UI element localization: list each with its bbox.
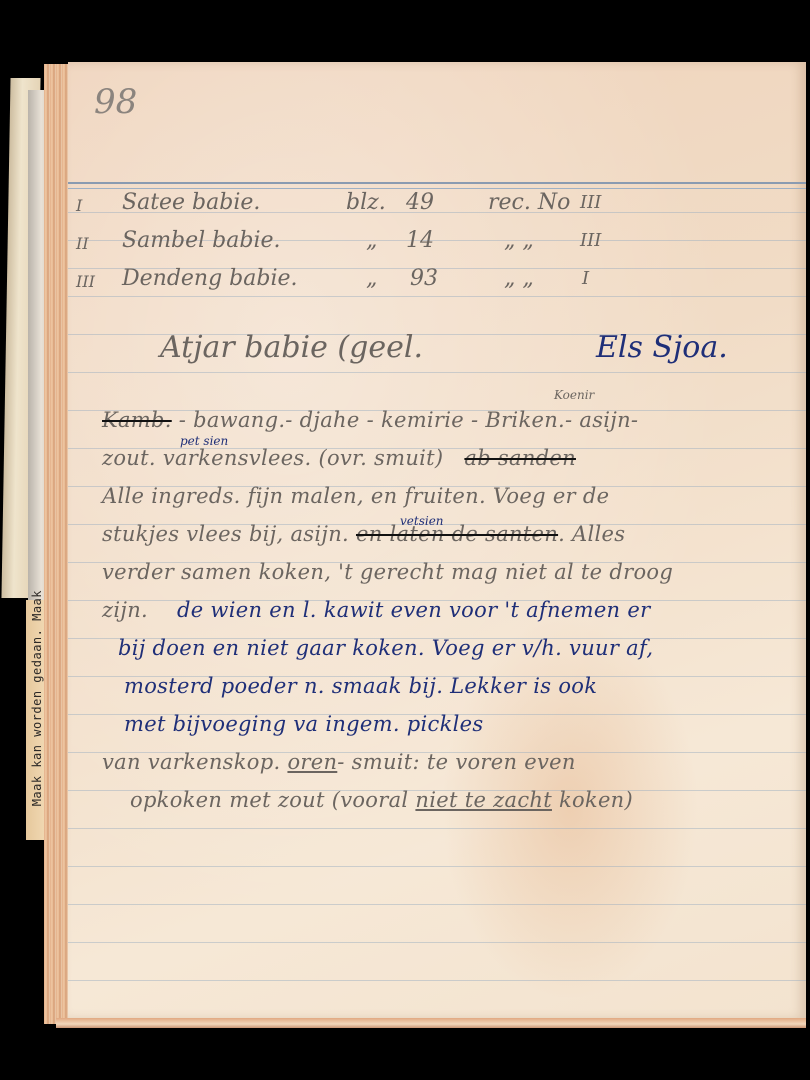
recipe-line: stukjes vlees bij, asijn. en laten de sa… <box>102 522 625 546</box>
notebook-page: 98 I Satee babie. blz. 49 rec. No III II… <box>68 62 806 1019</box>
recipe-author: Els Sjoa. <box>596 330 728 365</box>
page-bottom-edge <box>56 1018 806 1028</box>
recipe-line: Alle ingreds. fijn malen, en fruiten. Vo… <box>102 484 609 508</box>
recipe-line: zout. varkensvlees. (ovr. smuit) ab sand… <box>102 446 576 470</box>
recipe-line: verder samen koken, 't gerecht mag niet … <box>102 560 673 584</box>
recipe-line: van varkenskop. oren- smuit: te voren ev… <box>102 750 576 774</box>
recipe-line: Kamb. - bawang.- djahe - kemirie - Brike… <box>102 408 638 432</box>
recipe-line: zijn. de wien en l. kawit even voor 't a… <box>102 598 650 622</box>
recipe-title: Atjar babie (geel. <box>160 330 423 365</box>
recipe-line: bij doen en niet gaar koken. Voeg er v/h… <box>118 636 653 660</box>
header-double-rule <box>68 182 806 189</box>
recipe-line: mosterd poeder n. smaak bij. Lekker is o… <box>124 674 597 698</box>
recipe-line: opkoken met zout (vooral niet te zacht k… <box>130 788 633 812</box>
page-number: 98 <box>94 82 137 122</box>
recipe-line: met bijvoeging va ingem. pickles <box>124 712 483 736</box>
annotation-koenir: Koenir <box>554 388 594 402</box>
